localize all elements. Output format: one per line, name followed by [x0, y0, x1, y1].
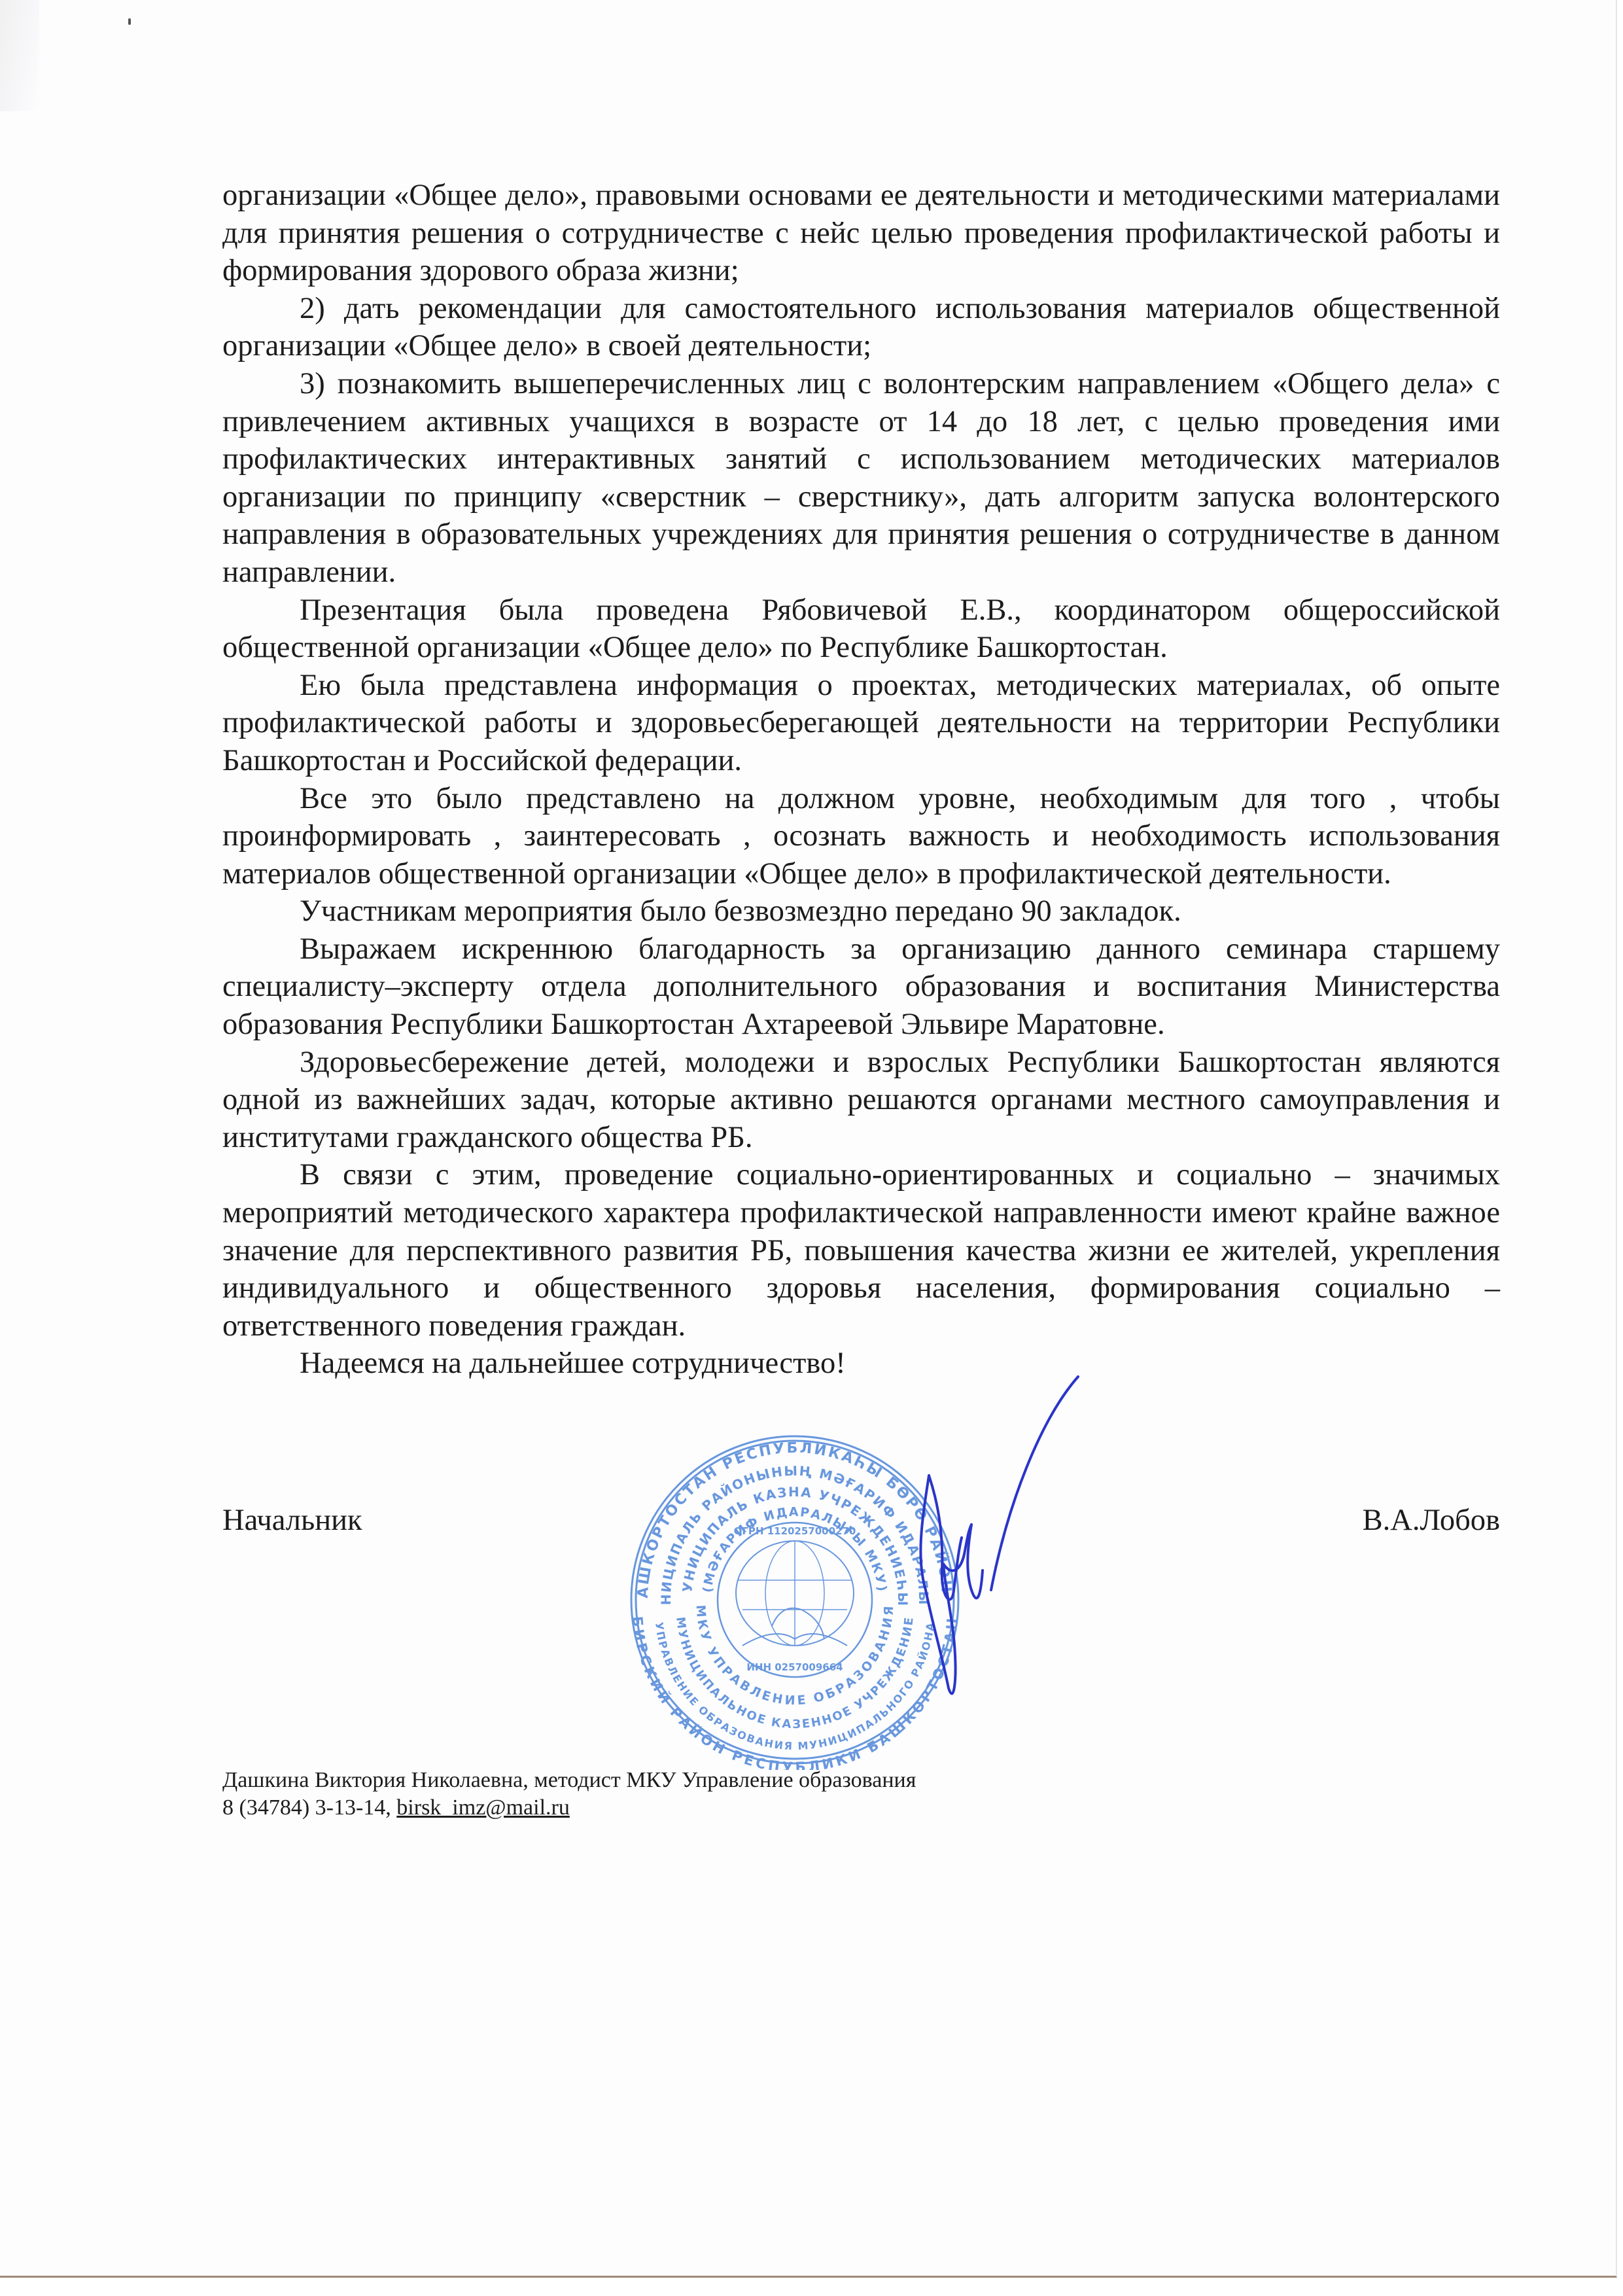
letter-body: организации «Общее дело», правовыми осно…	[222, 177, 1500, 1383]
paragraph-information: Ею была представлена информация о проект…	[222, 667, 1500, 780]
paragraph-gratitude: Выражаем искреннюю благодарность за орга…	[222, 930, 1500, 1044]
signatory-name: В.А.Лобов	[1363, 1502, 1500, 1540]
page-fold-shadow	[0, 0, 39, 111]
paragraph-1-continuation: организации «Общее дело», правовыми осно…	[222, 177, 1500, 290]
paragraph-health: Здоровьесбережение детей, молодежи и взр…	[222, 1044, 1500, 1157]
document-page: организации «Общее дело», правовыми осно…	[0, 0, 1617, 2278]
paragraph-significance: В связи с этим, проведение социально-ори…	[222, 1156, 1500, 1345]
phone-email-line: 8 (34784) 3-13-14, birsk_imz@mail.ru	[222, 1794, 916, 1822]
signatory-position: Начальник	[222, 1502, 362, 1540]
email-link[interactable]: birsk_imz@mail.ru	[396, 1795, 570, 1820]
paragraph-item-2: 2) дать рекомендации для самостоятельног…	[222, 290, 1500, 365]
paragraph-item-3: 3) познакомить вышеперечисленных лиц с в…	[222, 365, 1500, 592]
phone-number: 8 (34784) 3-13-14,	[222, 1795, 396, 1820]
svg-text:ОГРН 1120257000270: ОГРН 1120257000270	[734, 1525, 856, 1537]
paragraph-quality: Все это было представлено на должном уро…	[222, 780, 1500, 893]
paragraph-bookmarks: Участникам мероприятия было безвозмездно…	[222, 892, 1500, 930]
contact-block: Дашкина Виктория Николаевна, методист МК…	[222, 1767, 916, 1822]
handwritten-signature-icon	[903, 1374, 1099, 1714]
paragraph-presentation: Презентация была проведена Рябовичевой Е…	[222, 592, 1500, 667]
paragraph-closing: Надеемся на дальнейшее сотрудничество!	[222, 1345, 1500, 1383]
scan-speck	[128, 18, 131, 25]
author-line: Дашкина Виктория Николаевна, методист МК…	[222, 1767, 916, 1794]
svg-text:ИНН 0257009664: ИНН 0257009664	[746, 1661, 843, 1673]
